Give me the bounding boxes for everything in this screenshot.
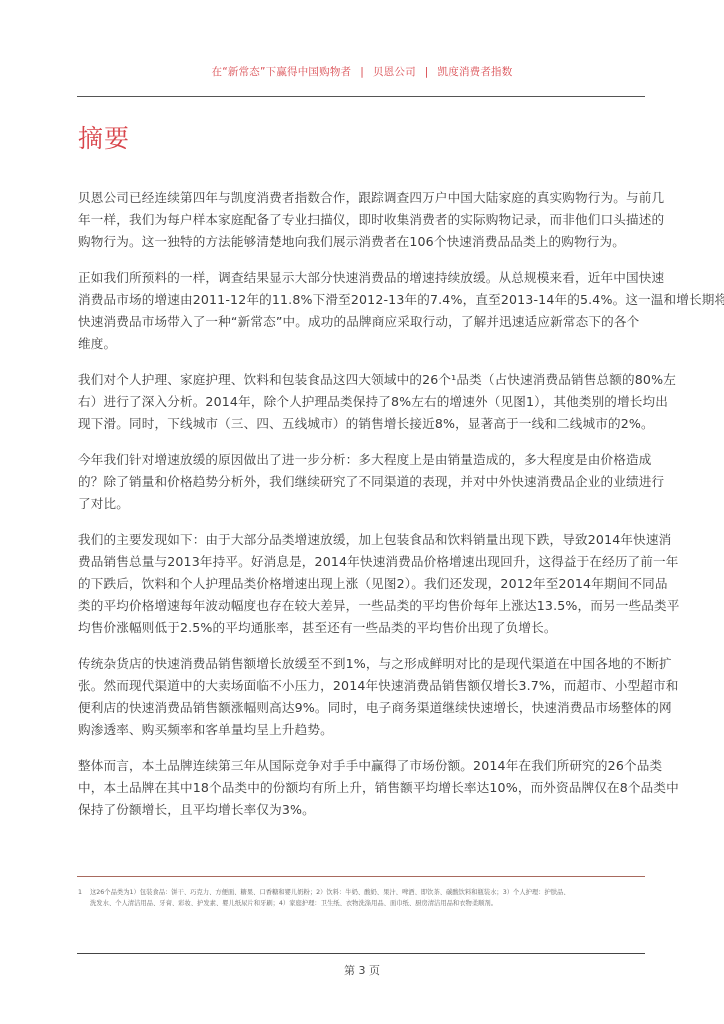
text-line: 购渗透率、购买频率和客单量均呈上升趋势。 [78,719,646,741]
text-line: 消费品市场的增速由2011-12年的11.8%下滑至2012-13年的7.4%，… [78,289,646,311]
footnote-divider [77,876,645,877]
footnote-number: 1 [78,887,82,898]
paragraph-growth-slowdown: 正如我们所预料的一样，调查结果显示大部分快速消费品的增速持续放缓。从总规模来看，… [78,267,646,355]
header-partner: 凯度消费者指数 [438,66,513,78]
text-line: 的？除了销量和价格趋势分析外，我们继续研究了不同渠道的表现，并对中外快速消费品企… [78,471,646,493]
text-line: 购物行为。这一独特的方法能够清楚地向我们展示消费者在106个快速消费品品类上的购… [78,231,646,253]
text-line: 我们对个人护理、家庭护理、饮料和包装食品这四大领域中的26个¹品类（占快速消费品… [78,369,646,391]
text-line: 今年我们针对增速放缓的原因做出了进一步分析：多大程度上是由销量造成的，多大程度是… [78,449,646,471]
text-line: 类的平均价格增速每年波动幅度也存在较大差异，一些品类的平均售价每年上涨达13.5… [78,595,646,617]
text-line: 现下滑。同时，下线城市（三、四、五线城市）的销售增长接近8%，显著高于一线和二线… [78,413,646,435]
text-line: 的下跌后，饮料和个人护理品类价格增速出现上涨（见图2）。我们还发现，2012年至… [78,573,646,595]
text-line: 我们的主要发现如下：由于大部分品类增速放缓，加上包装食品和饮料销量出现下跌，导致… [78,529,646,551]
header-separator: | [425,66,429,78]
text-line: 快速消费品市场带入了一种“新常态”中。成功的品牌商应采取行动，了解并迅速适应新常… [78,311,646,333]
text-line: 整体而言，本土品牌连续第三年从国际竞争对手手中赢得了市场份额。2014年在我们所… [78,755,646,777]
paragraph-analysis: 今年我们针对增速放缓的原因做出了进一步分析：多大程度上是由销量造成的，多大程度是… [78,449,646,515]
text-line: 维度。 [78,333,646,355]
footnote-text: 这26个品类为1）包装食品：饼干、巧克力、方便面、糖果、口香糖和婴儿奶粉；2）饮… [90,887,646,909]
text-line: 右）进行了深入分析。2014年，除个人护理品类保持了8%左右的增速外（见图1），… [78,391,646,413]
header-company: 贝恩公司 [373,66,416,78]
text-line: 保持了份额增长，且平均增长率仅为3%。 [78,799,646,821]
paragraph-channels: 传统杂货店的快速消费品销售额增长放缓至不到1%，与之形成鲜明对比的是现代渠道在中… [78,653,646,741]
text-line: 传统杂货店的快速消费品销售额增长放缓至不到1%，与之形成鲜明对比的是现代渠道在中… [78,653,646,675]
header-divider [77,96,645,97]
header-report-title: 在“新常态”下赢得中国购物者 [212,66,352,78]
text-line: 中，本土品牌在其中18个品类中的份额均有所上升，销售额平均增长率达10%，而外资… [78,777,646,799]
text-line: 张。然而现代渠道中的大卖场面临不小压力，2014年快速消费品销售额仅增长3.7%… [78,675,646,697]
paragraph-intro: 贝恩公司已经连续第四年与凯度消费者指数合作，跟踪调查四万户中国大陆家庭的真实购物… [78,187,646,253]
paragraph-categories: 我们对个人护理、家庭护理、饮料和包装食品这四大领域中的26个¹品类（占快速消费品… [78,369,646,435]
text-line: 便利店的快速消费品销售额涨幅则高达9%。同时，电子商务渠道继续快速增长，快速消费… [78,697,646,719]
text-line: 均售价涨幅则低于2.5%的平均通胀率，甚至还有一些品类的平均售价出现了负增长。 [78,617,646,639]
paragraph-local-brands: 整体而言，本土品牌连续第三年从国际竞争对手手中赢得了市场份额。2014年在我们所… [78,755,646,821]
text-line: 年一样，我们为每户样本家庭配备了专业扫描仪，即时收集消费者的实际购物记录，而非他… [78,209,646,231]
page-title: 摘要 [78,119,130,155]
text-line: 正如我们所预料的一样，调查结果显示大部分快速消费品的增速持续放缓。从总规模来看，… [78,267,646,289]
footnote-line: 洗发水、个人清洁用品、牙膏、彩妆、护发素、婴儿纸尿片和牙刷；4）家庭护理：卫生纸… [90,898,646,909]
header-separator: | [360,66,364,78]
footer-divider [77,953,645,954]
summary-body: 贝恩公司已经连续第四年与凯度消费者指数合作，跟踪调查四万户中国大陆家庭的真实购物… [78,187,646,835]
text-line: 贝恩公司已经连续第四年与凯度消费者指数合作，跟踪调查四万户中国大陆家庭的真实购物… [78,187,646,209]
footnote-line: 这26个品类为1）包装食品：饼干、巧克力、方便面、糖果、口香糖和婴儿奶粉；2）饮… [90,887,646,898]
paragraph-key-findings: 我们的主要发现如下：由于大部分品类增速放缓，加上包装食品和饮料销量出现下跌，导致… [78,529,646,639]
text-line: 费品销售总量与2013年持平。好消息是，2014年快速消费品价格增速出现回升，这… [78,551,646,573]
footnote: 1 这26个品类为1）包装食品：饼干、巧克力、方便面、糖果、口香糖和婴儿奶粉；2… [78,887,646,909]
running-header: 在“新常态”下赢得中国购物者|贝恩公司|凯度消费者指数 [0,64,724,79]
page-number: 第 3 页 [0,962,724,978]
text-line: 了对比。 [78,493,646,515]
